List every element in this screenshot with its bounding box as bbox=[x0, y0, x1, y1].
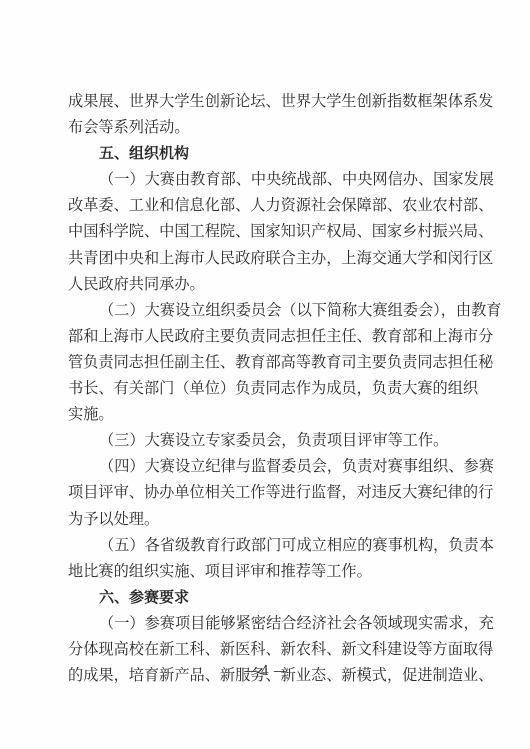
section-heading-organization: 五、组织机构 bbox=[68, 140, 462, 166]
paragraph-line: 人民政府共同承办。 bbox=[68, 271, 462, 297]
document-body: 成果展、世界大学生创新论坛、世界大学生创新指数框架体系发 布会等系列活动。 五、… bbox=[68, 88, 462, 688]
paragraph-line: 项目评审、协办单位相关工作等进行监督，对违反大赛纪律的行 bbox=[68, 479, 462, 505]
paragraph-line: 地比赛的组织实施、项目评审和推荐等工作。 bbox=[68, 558, 462, 584]
paragraph-line: 布会等系列活动。 bbox=[68, 114, 462, 140]
paragraph-line: （四）大赛设立纪律与监督委员会，负责对赛事组织、参赛 bbox=[68, 453, 462, 479]
section-heading-requirements: 六、参赛要求 bbox=[68, 584, 462, 610]
paragraph-line: （一）大赛由教育部、中央统战部、中央网信办、国家发展 bbox=[68, 166, 462, 192]
paragraph-line: 成果展、世界大学生创新论坛、世界大学生创新指数框架体系发 bbox=[68, 88, 462, 114]
paragraph-line: 管负责同志担任副主任、教育部高等教育司主要负责同志担任秘 bbox=[68, 349, 462, 375]
paragraph-line: （一）参赛项目能够紧密结合经济社会各领域现实需求，充 bbox=[68, 610, 462, 636]
paragraph-line: （五）各省级教育行政部门可成立相应的赛事机构，负责本 bbox=[68, 532, 462, 558]
document-page: 成果展、世界大学生创新论坛、世界大学生创新指数框架体系发 布会等系列活动。 五、… bbox=[0, 0, 530, 749]
paragraph-line: （二）大赛设立组织委员会（以下简称大赛组委会），由教育 bbox=[68, 297, 462, 323]
paragraph-line: 中国科学院、中国工程院、国家知识产权局、国家乡村振兴局、 bbox=[68, 218, 462, 244]
paragraph-line: 分体现高校在新工科、新医科、新农科、新文科建设等方面取得 bbox=[68, 636, 462, 662]
paragraph-line: 改革委、工业和信息化部、人力资源社会保障部、农业农村部、 bbox=[68, 192, 462, 218]
paragraph-line: 部和上海市人民政府主要负责同志担任主任、教育部和上海市分 bbox=[68, 323, 462, 349]
paragraph-line: 共青团中央和上海市人民政府联合主办，上海交通大学和闵行区 bbox=[68, 245, 462, 271]
paragraph-line: 书长、有关部门（单位）负责同志作为成员，负责大赛的组织 bbox=[68, 375, 462, 401]
page-number: — 4 — bbox=[0, 664, 530, 679]
paragraph-line: 为予以处理。 bbox=[68, 506, 462, 532]
paragraph-line: 实施。 bbox=[68, 401, 462, 427]
paragraph-line: （三）大赛设立专家委员会，负责项目评审等工作。 bbox=[68, 427, 462, 453]
